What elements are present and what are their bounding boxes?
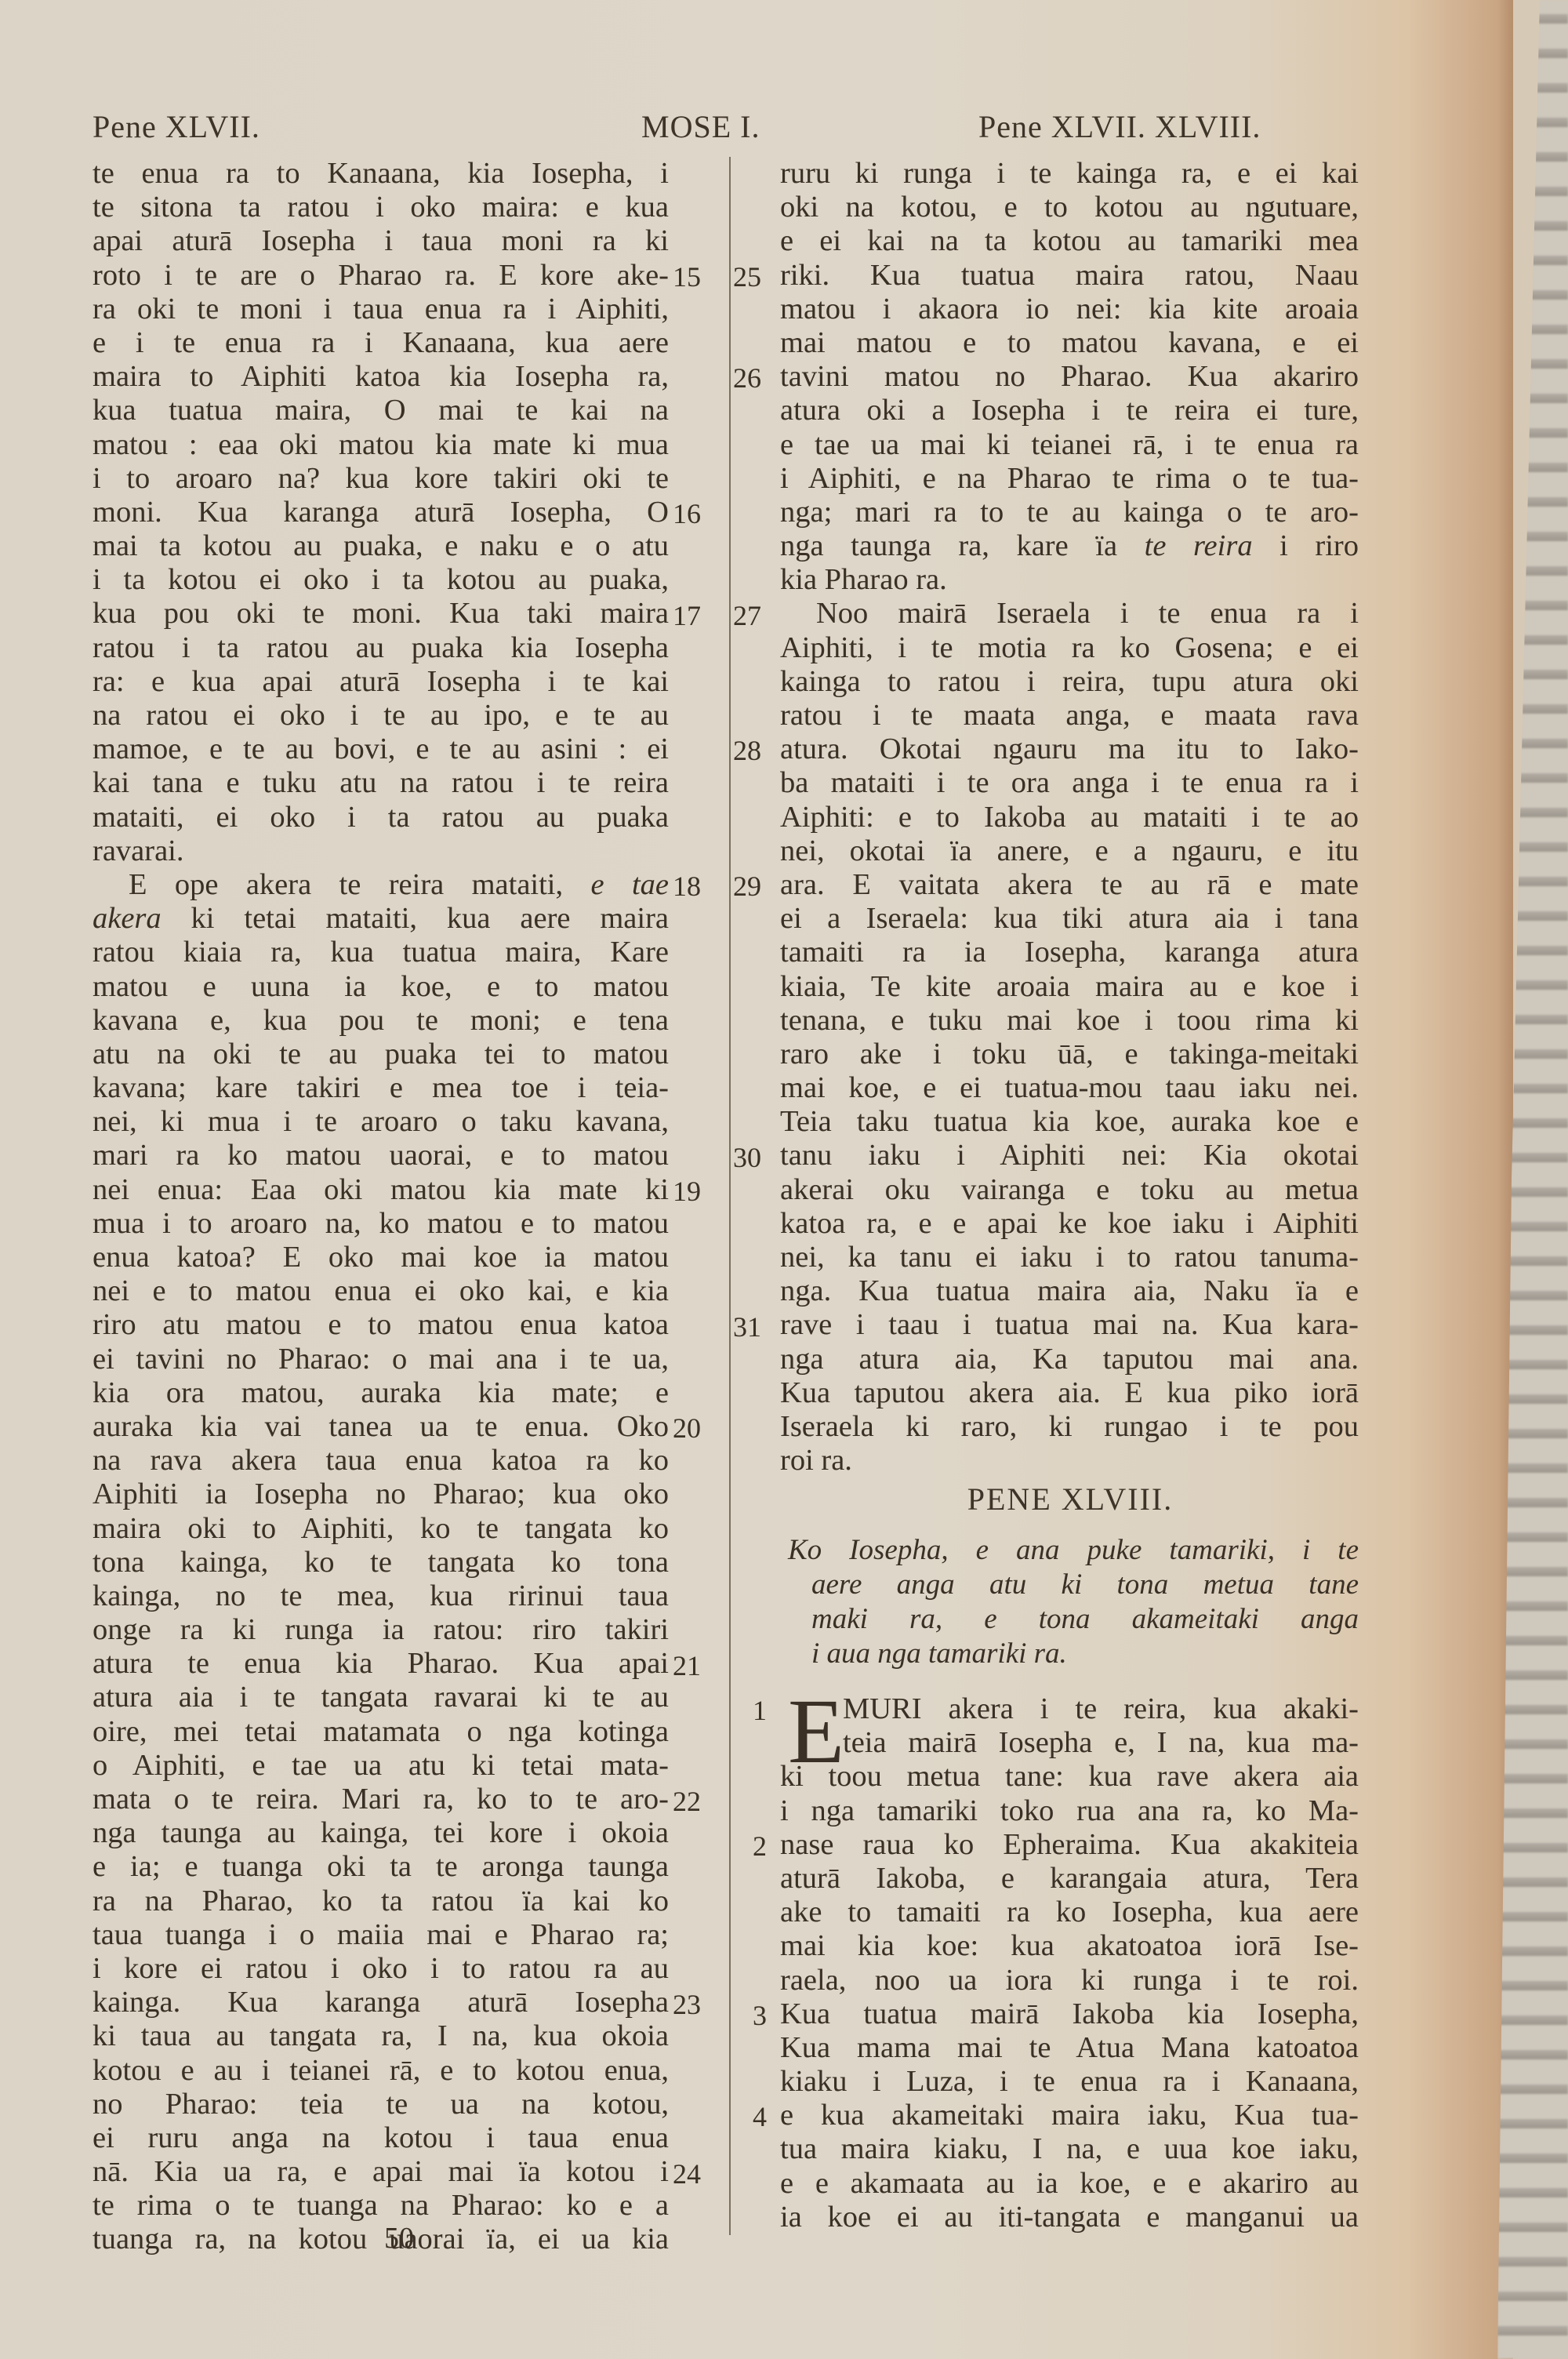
text-line: nga. Kua tuatua maira aia, Naku ïa e — [780, 1274, 1359, 1308]
verse-number: 29 — [733, 870, 761, 903]
page-number: 50 — [384, 2221, 414, 2255]
text-line: e e akamaata au ia koe, e e akariro au — [780, 2167, 1359, 2201]
text-line: te sitona ta ratou i oko maira: e kua — [93, 191, 669, 224]
text-line: matou i akaora io nei: kia kite aroaia — [780, 293, 1359, 326]
verse-number: 15 — [673, 260, 701, 293]
text-line: e i te enua ra i Kanaana, kua aere — [93, 326, 669, 360]
summary-line: Ko Iosepha, e ana puke tamariki, i te — [788, 1533, 1359, 1568]
verse-number: 22 — [673, 1785, 701, 1818]
text-line: tavini matou no Pharao. Kua akariro — [780, 360, 1359, 394]
text-line: riro atu matou e to matou enua katoa — [93, 1308, 669, 1342]
text-line: ei ruru anga na kotou i taua enua — [93, 2121, 669, 2155]
text-line: ruru ki runga i te kainga ra, e ei kai — [780, 157, 1359, 191]
text-line: tua maira kiaku, I na, e uua koe iaku, — [780, 2132, 1359, 2166]
text-line: mai kia koe: kua akatoatoa iorā Ise- — [780, 1929, 1359, 1963]
text-line: ratou kiaia ra, kua tuatua maira, Kare — [93, 936, 669, 969]
text-line: ki toou metua tane: kua rave akera aia — [780, 1760, 1359, 1794]
text-line: mai matou e to matou kavana, e ei — [780, 326, 1359, 360]
verse-number: 26 — [733, 362, 761, 394]
text-line: nase raua ko Epheraima. Kua akakiteia — [780, 1828, 1359, 1862]
text-line: onge ra ki runga ia ratou: riro takiri — [93, 1613, 669, 1647]
text-line: no Pharao: teia te ua na kotou, — [93, 2088, 669, 2121]
text-line: Kua mama mai te Atua Mana katoatoa — [780, 2031, 1359, 2065]
text-line: raro ake i toku ūā, e takinga-meitaki — [780, 1038, 1359, 1071]
text-line: ratou i te maata anga, e maata rava — [780, 699, 1359, 732]
text-line: ki taua au tangata ra, I na, kua okoia — [93, 2019, 669, 2053]
verse-number: 27 — [733, 599, 761, 632]
text-line: roi ra. — [780, 1444, 1359, 1478]
text-line: ra: e kua apai aturā Iosepha i te kai — [93, 665, 669, 699]
text-line: na ratou ei oko i te au ipo, e te au — [93, 699, 669, 732]
text-line: mua i to aroaro na, ko matou e to matou — [93, 1207, 669, 1241]
text-line: ei a Iseraela: kua tiki atura aia i tana — [780, 902, 1359, 936]
text-line: mai ta kotou au puaka, e naku e o atu — [93, 529, 669, 563]
text-line: oire, mei tetai matamata o nga kotinga — [93, 1715, 669, 1749]
text-line: kai tana e tuku atu na ratou i te reira — [93, 766, 669, 800]
text-line: Kua tuatua mairā Iakoba kia Iosepha, — [780, 1997, 1359, 2031]
text-line: tanu iaku i Aiphiti nei: Kia okotai — [780, 1139, 1359, 1172]
text-line: ei tavini no Pharao: o mai ana i te ua, — [93, 1343, 669, 1376]
text-line: auraka kia vai tanea ua te enua. Oko — [93, 1410, 669, 1444]
text-line: Teia taku tuatua kia koe, auraka koe e — [780, 1105, 1359, 1139]
running-head-left-text: Pene XLVII. — [93, 109, 260, 144]
text-line: kotou e au i teianei rā, e to kotou enua… — [93, 2054, 669, 2088]
column-divider — [729, 157, 731, 2235]
text-line: apai aturā Iosepha i taua moni ra ki — [93, 224, 669, 258]
text-line: Iseraela ki raro, ki rungao i te pou — [780, 1410, 1359, 1444]
verse-number: 25 — [733, 260, 761, 293]
text-line: atu na oki te au puaka tei to matou — [93, 1038, 669, 1071]
text-line: i nga tamariki toko rua ana ra, ko Ma- — [780, 1794, 1359, 1828]
summary-line: i aua nga tamariki ra. — [788, 1637, 1359, 1671]
text-line: teia mairā Iosepha e, I na, kua ma- — [780, 1726, 1359, 1760]
text-line: maira oki to Aiphiti, ko te tangata ko — [93, 1512, 669, 1546]
text-line: akerai oku vairanga e toku au metua — [780, 1173, 1359, 1207]
text-line: nei enua: Eaa oki matou kia mate ki — [93, 1173, 669, 1207]
summary-line: maki ra, e tona akameitaki anga — [788, 1602, 1359, 1637]
text-line: te enua ra to Kanaana, kia Iosepha, i — [93, 157, 669, 191]
text-line: kainga, no te mea, kua ririnui taua — [93, 1579, 669, 1613]
verse-number: 16 — [673, 497, 701, 530]
text-line: taua tuanga i o maiia mai e Pharao ra; — [93, 1918, 669, 1952]
text-line: kainga to ratou i reira, tupu atura oki — [780, 665, 1359, 699]
text-line: ra na Pharao, ko ta ratou ïa kai ko — [93, 1885, 669, 1918]
text-line: moni. Kua karanga aturā Iosepha, O — [93, 496, 669, 529]
text-line: e ei kai na ta kotou au tamariki mea — [780, 224, 1359, 258]
text-line: nā. Kia ua ra, e apai mai ïa kotou i — [93, 2155, 669, 2189]
text-line: i Aiphiti, e na Pharao te rima o te tua- — [780, 462, 1359, 496]
text-line: nei, okotai ïa anere, e a ngauru, e itu — [780, 834, 1359, 868]
text-line: tuanga ra, na kotou uaorai ïa, ei ua kia — [93, 2223, 669, 2256]
running-head-left: Pene XLVII. — [93, 108, 260, 145]
text-line: katoa ra, e e apai ke koe iaku i Aiphiti — [780, 1207, 1359, 1241]
chapter-heading: PENE XLVIII. — [780, 1481, 1360, 1518]
text-line: atura oki a Iosepha i te reira ei ture, — [780, 394, 1359, 427]
verse-number: 24 — [673, 2157, 701, 2190]
text-line: Kua taputou akera aia. E kua piko iorā — [780, 1376, 1359, 1410]
text-line: ra oki te moni i taua enua ra i Aiphiti, — [93, 293, 669, 326]
text-line: Aiphiti, i te motia ra ko Gosena; e ei — [780, 631, 1359, 665]
text-line: E ope akera te reira mataiti, e tae — [93, 868, 669, 902]
text-line: aturā Iakoba, e karangaia atura, Tera — [780, 1862, 1359, 1896]
text-line: i ta kotou ei oko i ta kotou au puaka, — [93, 563, 669, 597]
text-line: nei e to matou enua ei oko kai, e kia — [93, 1274, 669, 1308]
text-line: matou e uuna ia koe, e to matou — [93, 970, 669, 1004]
text-line: atura aia i te tangata ravarai ki te au — [93, 1681, 669, 1714]
text-line: kiaia, Te kite aroaia maira au e koe i — [780, 970, 1359, 1004]
text-line: raela, noo ua iora ki runga i te roi. — [780, 1964, 1359, 1997]
text-line: kavana; kare takiri e mea toe i teia- — [93, 1071, 669, 1105]
text-line: MURI akera i te reira, kua akaki- — [780, 1692, 1359, 1726]
verse-number: 21 — [673, 1649, 701, 1682]
text-line: riki. Kua tuatua maira ratou, Naau — [780, 259, 1359, 293]
verse-number: 28 — [733, 734, 761, 767]
text-line: nga atura aia, Ka taputou mai ana. — [780, 1343, 1359, 1376]
verse-number: 19 — [673, 1175, 701, 1208]
text-line: ba mataiti i te ora anga i te enua ra i — [780, 766, 1359, 800]
text-line: mamoe, e te au bovi, e te au asini : ei — [93, 732, 669, 766]
text-line: enua katoa? E oko mai koe ia matou — [93, 1241, 669, 1274]
verse-number: 30 — [733, 1141, 761, 1174]
text-line: ratou i ta ratou au puaka kia Iosepha — [93, 631, 669, 665]
left-column: te enua ra to Kanaana, kia Iosepha, ite … — [93, 157, 669, 2257]
text-line: maira to Aiphiti katoa kia Iosepha ra, — [93, 360, 669, 394]
text-line: rave i taau i tuatua mai na. Kua kara- — [780, 1308, 1359, 1342]
text-line: na rava akera taua enua katoa ra ko — [93, 1444, 669, 1478]
verse-number: 1 — [753, 1694, 767, 1727]
verse-number: 2 — [753, 1830, 767, 1863]
text-line: e kua akameitaki maira iaku, Kua tua- — [780, 2099, 1359, 2132]
text-line: kia ora matou, auraka kia mate; e — [93, 1376, 669, 1410]
text-line: kua pou oki te moni. Kua taki maira — [93, 597, 669, 631]
right-column: ruru ki runga i te kainga ra, e ei kaiok… — [780, 157, 1359, 1478]
text-line: i kore ei ratou i oko i to ratou ra au — [93, 1952, 669, 1986]
text-line: e ia; e tuanga oki ta te aronga taunga — [93, 1850, 669, 1884]
text-line: mai koe, e ei tuatua-mou taau iaku nei. — [780, 1071, 1359, 1105]
text-line: mataiti, ei oko i ta ratou au puaka — [93, 801, 669, 834]
verse-number: 20 — [673, 1412, 701, 1445]
text-line: nga taunga au kainga, tei kore i okoia — [93, 1816, 669, 1850]
verse-number: 4 — [753, 2100, 767, 2133]
text-line: oki na kotou, e to kotou au ngutuare, — [780, 191, 1359, 224]
text-line: nei, ka tanu ei iaku i to ratou tanuma- — [780, 1241, 1359, 1274]
text-line: nga taunga ra, kare ïa te reira i riro — [780, 529, 1359, 563]
text-line: kua tuatua maira, O mai te kai na — [93, 394, 669, 427]
text-line: kia Pharao ra. — [780, 563, 1359, 597]
verse-number: 17 — [673, 599, 701, 632]
text-line: mari ra ko matou uaorai, e to matou — [93, 1139, 669, 1172]
verse-number: 18 — [673, 870, 701, 903]
text-line: kainga. Kua karanga aturā Iosepha — [93, 1986, 669, 2019]
text-line: i to aroaro na? kua kore takiri oki te — [93, 462, 669, 496]
text-line: kavana e, kua pou te moni; e tena — [93, 1004, 669, 1038]
text-line: ia koe ei au iti-tangata e manganui ua — [780, 2201, 1359, 2234]
running-head-center: MOSE I. — [641, 108, 760, 145]
text-line: ravarai. — [93, 834, 669, 868]
text-line: nga; mari ra to te au kainga o te aro- — [780, 496, 1359, 529]
text-line: nei, ki mua i te aroaro o taku kavana, — [93, 1105, 669, 1139]
text-line: te rima o te tuanga na Pharao: ko e a — [93, 2189, 669, 2223]
summary-line: aere anga atu ki tona metua tane — [788, 1568, 1359, 1602]
text-line: Aiphiti: e to Iakoba au mataiti i te ao — [780, 801, 1359, 834]
text-line: tamaiti ra ia Iosepha, karanga atura — [780, 936, 1359, 969]
running-head-right: Pene XLVII. XLVIII. — [978, 108, 1261, 145]
text-line: e tae ua mai ki teianei rā, i te enua ra — [780, 428, 1359, 462]
text-line: tona kainga, ko te tangata ko tona — [93, 1546, 669, 1579]
text-line: roto i te are o Pharao ra. E kore ake- — [93, 259, 669, 293]
verse-number: 31 — [733, 1310, 761, 1343]
text-line: tenana, e tuku mai koe i toou rima ki — [780, 1004, 1359, 1038]
verse-number: 23 — [673, 1988, 701, 2021]
text-line: mata o te reira. Mari ra, ko to te aro- — [93, 1783, 669, 1816]
text-line: ara. E vaitata akera te au rā e mate — [780, 868, 1359, 902]
chapter-body: MURI akera i te reira, kua akaki-teia ma… — [780, 1692, 1359, 2234]
text-line: atura. Okotai ngauru ma itu to Iako- — [780, 732, 1359, 766]
text-line: Aiphiti ia Iosepha no Pharao; kua oko — [93, 1478, 669, 1511]
text-line: kiaku i Luza, i te enua ra i Kanaana, — [780, 2065, 1359, 2099]
verse-number: 3 — [753, 1999, 767, 2032]
chapter-summary: Ko Iosepha, e ana puke tamariki, i teaer… — [788, 1533, 1359, 1671]
text-line: Noo mairā Iseraela i te enua ra i — [780, 597, 1359, 631]
text-line: atura te enua kia Pharao. Kua apai — [93, 1647, 669, 1681]
text-line: akera ki tetai mataiti, kua aere maira — [93, 902, 669, 936]
text-line: matou : eaa oki matou kia mate ki mua — [93, 428, 669, 462]
text-line: ake to tamaiti ra ko Iosepha, kua aere — [780, 1896, 1359, 1929]
text-line: o Aiphiti, e tae ua atu ki tetai mata- — [93, 1749, 669, 1783]
